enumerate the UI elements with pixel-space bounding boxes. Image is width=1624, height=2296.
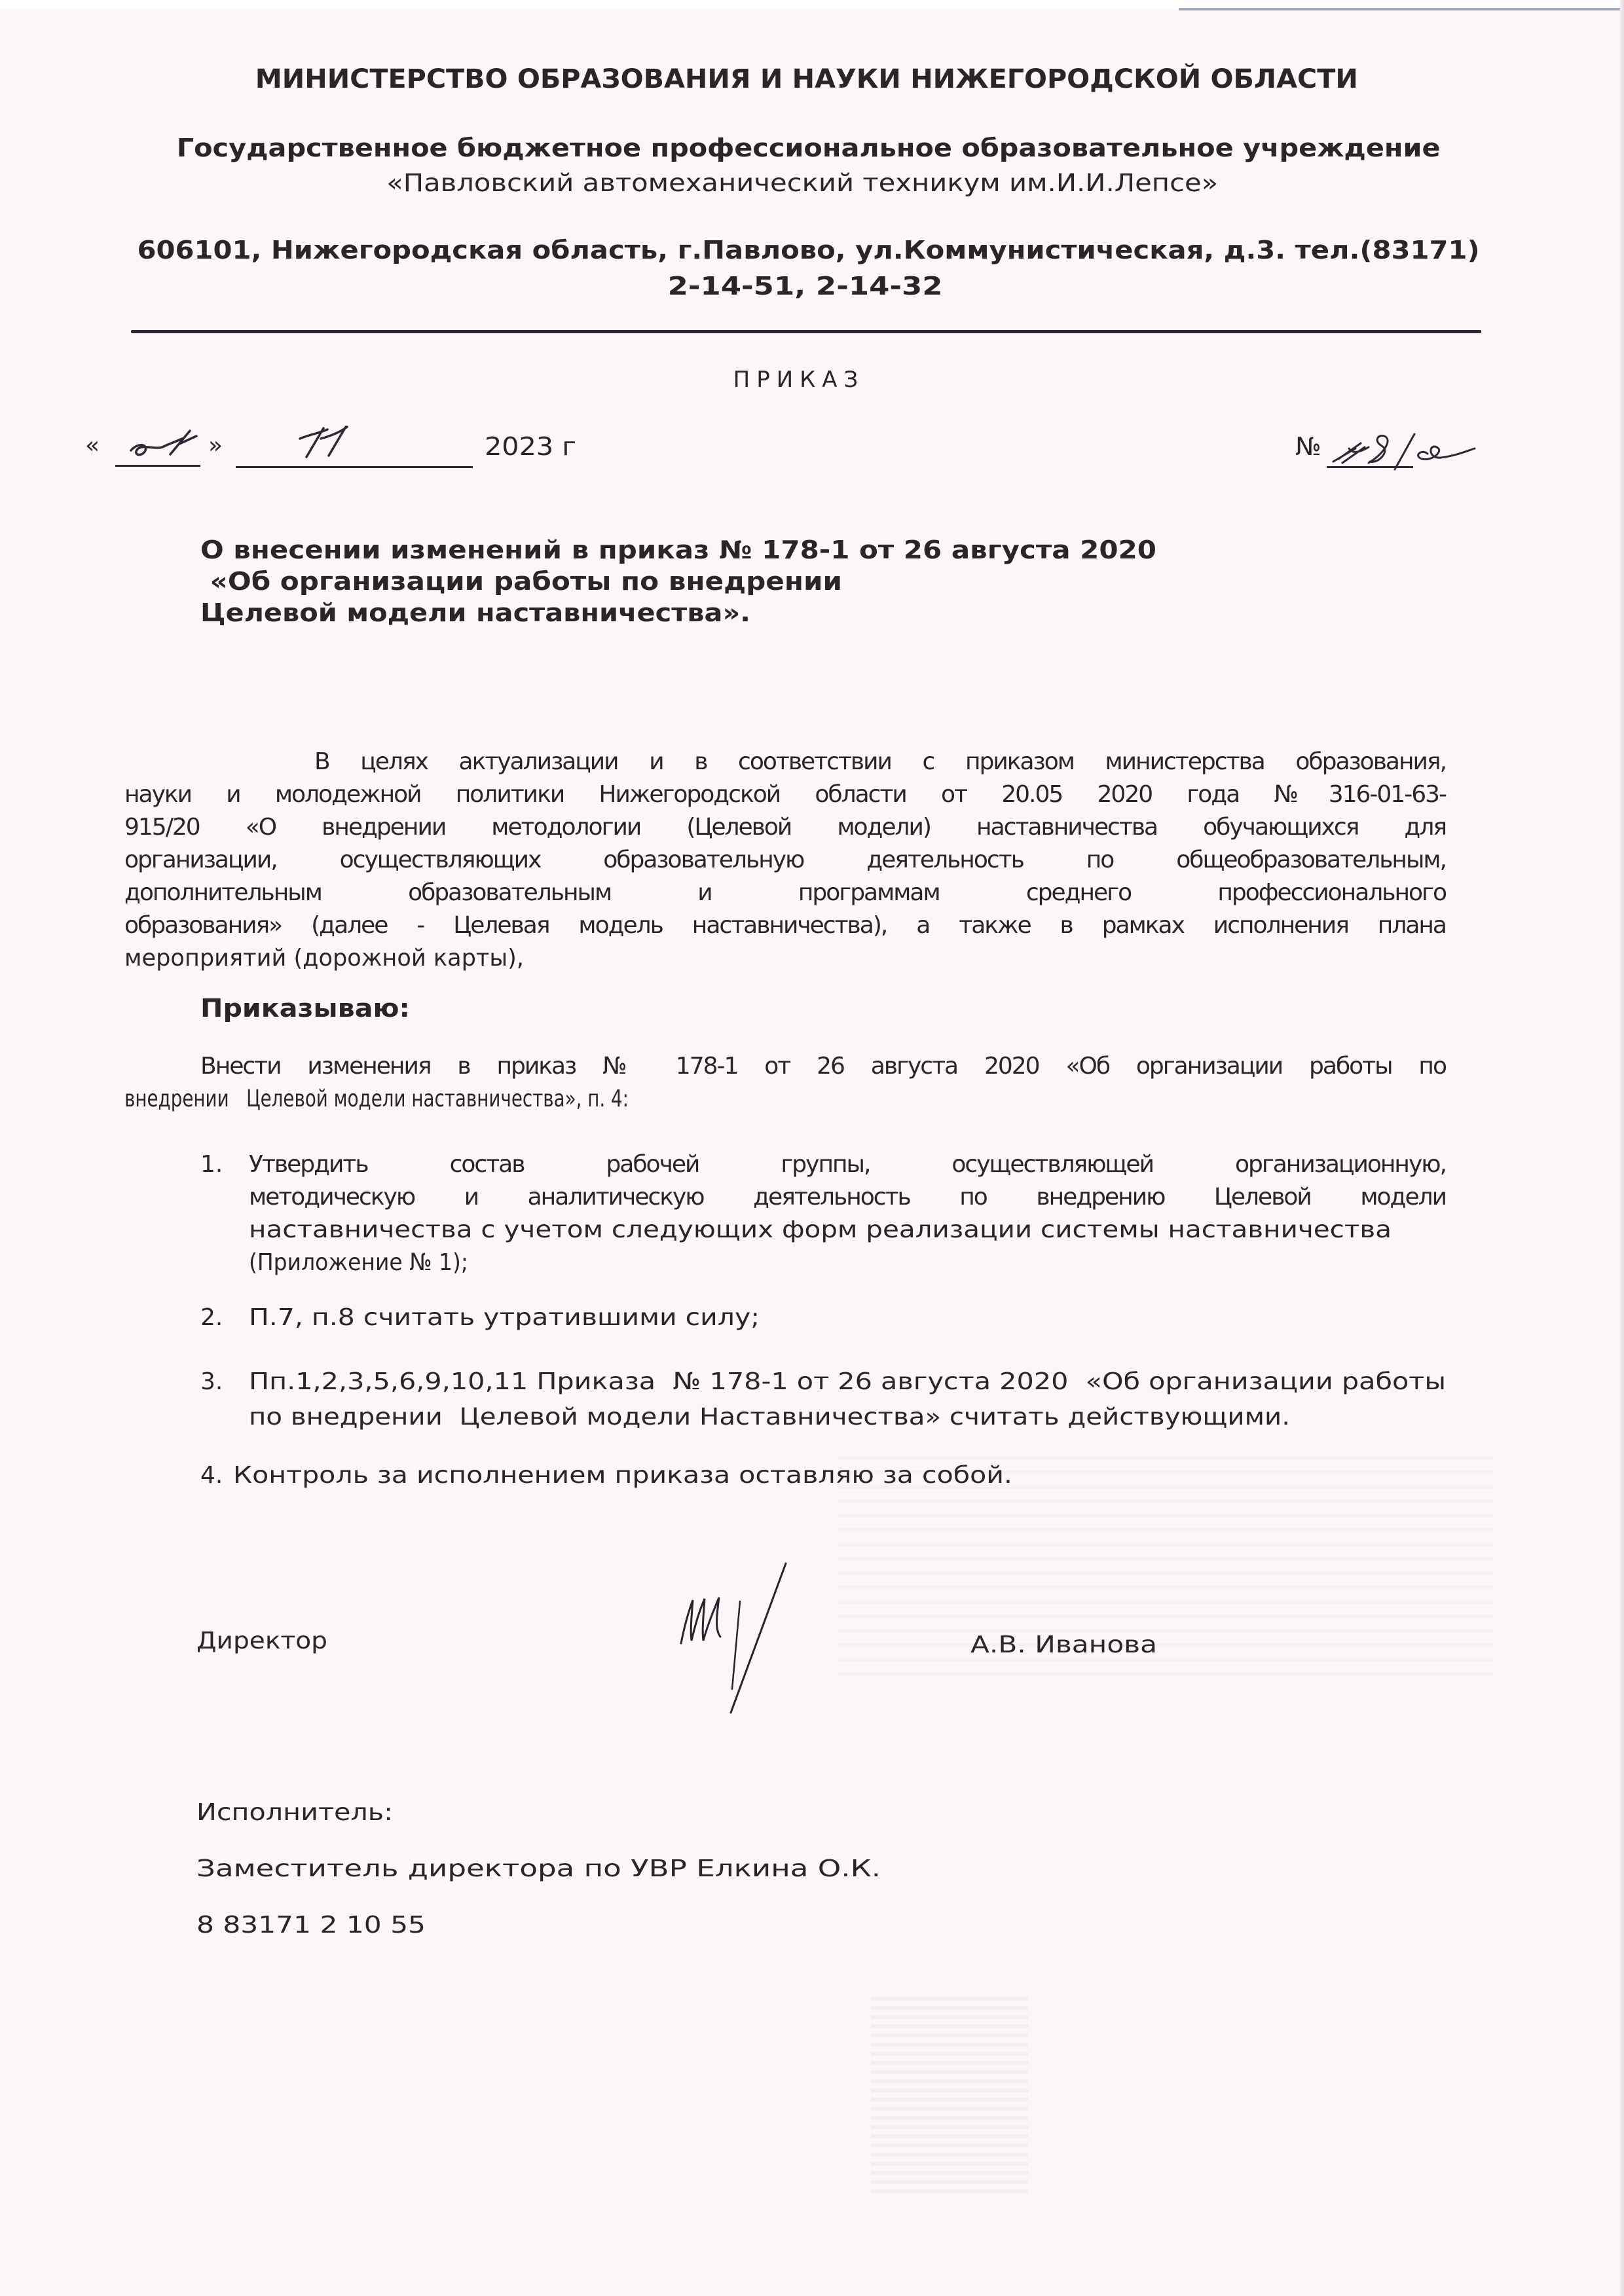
date-month-handwritten [295,419,354,467]
order-word: Приказываю: [200,994,394,1023]
handwritten-signature [668,1558,864,1718]
item-4-line-1: Контроль за исполнением приказа оставляю… [233,1462,916,1489]
preamble-line-7: мероприятий (дорожной карты), [124,945,534,972]
document-page: МИНИСТЕРСТВО ОБРАЗОВАНИЯ И НАУКИ НИЖЕГОР… [0,0,1624,2296]
institution-type: Государственное бюджетное профессиональн… [177,134,1441,162]
subject-line-2: «Об организации работы по внедрении [200,567,779,596]
item-3-line-2: по внедрении Целевой модели Наставничест… [249,1404,1179,1430]
executor-person: Заместитель директора по УВР Елкина О.К. [196,1855,742,1882]
item-1-line-1: Утвердить состав рабочей группы, осущест… [249,1151,1446,1178]
preamble-line-1: В целях актуализации и в соответствии с … [314,748,1446,775]
institution-name: «Павловский автомеханический техникум им… [386,169,1218,197]
ink-show-through-2 [838,1453,1493,1676]
date-close-quote: » [208,432,223,459]
item-1-line-4: (Приложение № 1); [249,1249,488,1276]
order-number-handwritten [1329,429,1480,477]
subject-line-3: Целевой модели наставничества». [200,598,705,627]
order-number-label: № [1295,432,1321,461]
item-4-number: 4. [200,1462,223,1489]
scan-artifact-line [1179,8,1624,10]
letterhead-divider [131,330,1481,333]
document-type-title: ПРИКАЗ [701,367,897,393]
date-year: 2023 г [485,432,569,461]
intro-line-2: внедрении Целевой модели наставничества»… [124,1085,779,1112]
item-1-number: 1. [200,1151,223,1178]
date-month-blank [236,466,473,468]
item-2-line-1: П.7, п.8 считать утратившими силу; [249,1304,698,1331]
preamble-line-4: организации, осуществляющих образователь… [124,847,1446,873]
institution-phones: 2-14-51, 2-14-32 [668,272,943,301]
item-1-line-2: методическую и аналитическую деятельност… [249,1184,1446,1211]
institution-address: 606101, Нижегородская область, г.Павлово… [138,236,1480,264]
preamble-line-6: образования» (далее - Целевая модель нас… [124,912,1446,939]
ministry-heading: МИНИСТЕРСТВО ОБРАЗОВАНИЯ И НАУКИ НИЖЕГОР… [255,64,1358,94]
date-day-handwritten [124,424,203,466]
executor-phone: 8 83171 2 10 55 [196,1912,392,1939]
preamble-line-2: науки и молодежной политики Нижегородско… [124,781,1446,808]
date-open-quote: « [85,432,100,459]
item-2-number: 2. [200,1304,223,1331]
preamble-line-5: дополнительным образовательным и програм… [124,879,1446,906]
ink-show-through [871,1997,1028,2193]
scan-edge-shadow [1620,0,1624,2296]
signatory-position: Директор [196,1628,317,1654]
item-3-number: 3. [200,1368,223,1395]
executor-label: Исполнитель: [196,1799,368,1826]
subject-line-1: О внесении изменений в приказ № 178-1 от… [200,536,1066,564]
item-3-line-1: Пп.1,2,3,5,6,9,10,11 Приказа № 178-1 от … [249,1368,1291,1395]
item-1-line-3: наставничества с учетом следующих форм р… [249,1216,1266,1243]
intro-line-1: Внести изменения в приказ № 178-1 от 26 … [200,1053,1446,1080]
preamble-line-3: 915/20 «О внедрении методологии (Целевой… [124,814,1446,841]
